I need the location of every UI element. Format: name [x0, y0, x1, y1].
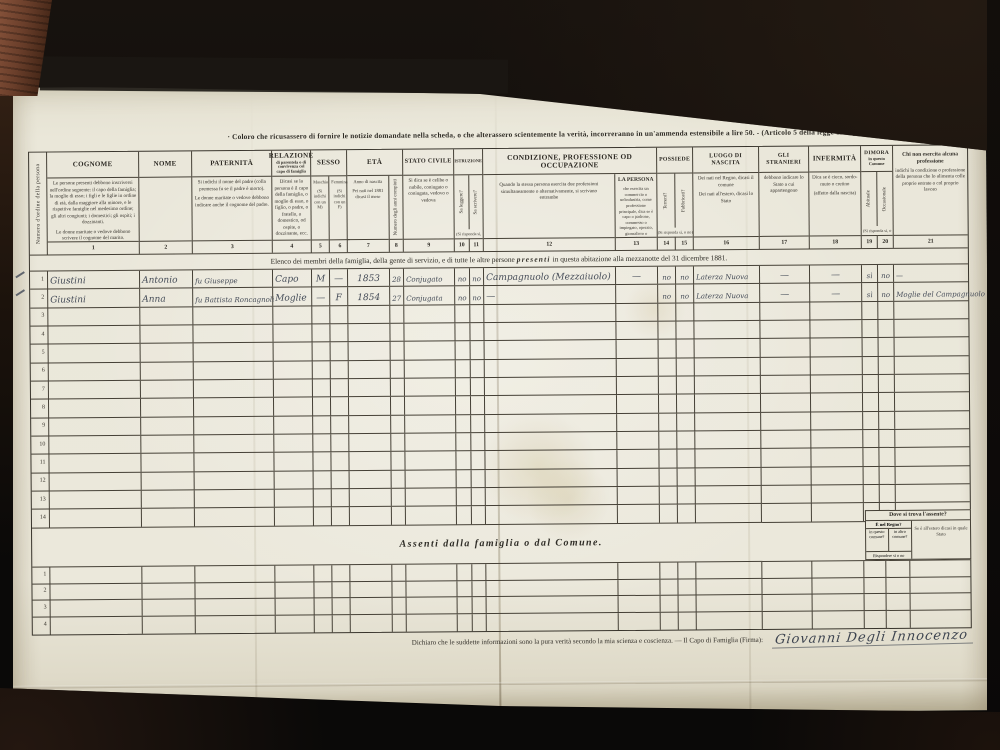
cell-anni-compiuti [391, 379, 405, 396]
cell-anno-nascita [349, 416, 391, 434]
cell-terreni [660, 468, 678, 485]
cell-nome [141, 344, 194, 362]
cell-dove-estero [910, 560, 970, 576]
cell-anno-nascita [348, 306, 390, 324]
cell-la-persona [618, 505, 660, 523]
cell-maschio [313, 416, 331, 433]
cell-sa-scrivere [473, 614, 487, 631]
cell-la-persona [619, 596, 661, 612]
dimora-title: DIMORAin questo Comune [861, 146, 892, 172]
col-maschio: Maschio(Si indichi con un M) 5 [311, 176, 330, 252]
cell-sa-leggere [457, 581, 472, 597]
cell-abituale [862, 302, 878, 319]
istruzione-note: (Si risponda sì, o no) [455, 229, 483, 238]
cell-infermita [813, 611, 865, 628]
cell-fabbricati [676, 303, 694, 320]
eta-title: ETÀ [347, 150, 402, 176]
cell-infermita [812, 504, 864, 522]
cell-stato-civile [406, 564, 457, 580]
cell-la-persona [617, 450, 659, 468]
cell-stranieri [761, 449, 811, 467]
cell-nome: Anna [140, 289, 193, 307]
cognome-num: 1 [48, 241, 139, 255]
cell-terreni [659, 340, 677, 357]
cell-chi-non-esercita [895, 393, 969, 411]
cell-stranieri [761, 339, 811, 357]
cell-sa-leggere [456, 378, 471, 395]
cell-anno-nascita [350, 489, 392, 507]
col-due-professioni: Quando la stessa persona esercita due pr… [483, 174, 616, 251]
cell-luogo-nascita: Laterza Nuova [694, 284, 760, 302]
cell-numero: 1 [32, 567, 50, 583]
cell-femmina [331, 453, 349, 470]
cell-anni-compiuti [391, 434, 405, 451]
cell-paternita [195, 490, 275, 508]
cell-terreni [660, 562, 678, 578]
cell-anno-nascita [349, 452, 391, 470]
cell-paternita [193, 325, 273, 343]
declaration-text: Dichiaro che le suddette informazioni so… [412, 636, 763, 647]
cell-chi-non-esercita [895, 448, 969, 466]
cell-femmina [330, 324, 348, 341]
cell-infermita [811, 394, 863, 412]
cell-cognome [50, 567, 142, 583]
cell-la-persona [616, 322, 658, 340]
cell-stranieri [762, 467, 812, 485]
cell-condizione [485, 414, 617, 432]
cell-paternita [195, 566, 275, 582]
cell-infermita: — [810, 265, 862, 283]
cell-condizione [485, 432, 617, 450]
col-paternita: PATERNITÀ Si indichi il nome del padre (… [192, 151, 273, 254]
cell-femmina [331, 416, 349, 433]
cell-maschio: M [312, 269, 330, 286]
cell-dove-altro-comune [887, 594, 911, 610]
cell-dove-estero [911, 594, 971, 610]
census-sheet: · Coloro che ricusassero di fornire le n… [8, 80, 991, 718]
cell-abituale [863, 375, 879, 392]
col-group-istruzione: ISTRUZIONE Sa leggere? Sa scrivere? (Si … [454, 149, 484, 251]
cell-numero: 1 [30, 272, 48, 289]
cell-la-persona [618, 563, 660, 579]
cell-chi-non-esercita [896, 466, 970, 484]
cell-stato-civile [405, 342, 456, 360]
cell-la-persona [616, 303, 658, 321]
cell-relazione [273, 324, 312, 342]
cell-femmina [333, 615, 351, 632]
cell-terreni [660, 579, 678, 595]
relazione-title: RELAZIONEdi parentela o di convivenza co… [272, 150, 310, 176]
cell-chi-non-esercita: — [894, 264, 968, 282]
cell-numero: 14 [32, 510, 50, 527]
cell-stranieri [760, 321, 810, 339]
cell-sa-scrivere [471, 360, 485, 377]
cell-anni-compiuti: 28 [390, 269, 404, 286]
paternita-num: 3 [193, 240, 272, 254]
cell-condizione: Campagnuolo (Mezzaiuolo) [484, 267, 616, 285]
cell-femmina [332, 582, 350, 598]
col-group-possiede: POSSIEDE Terreni? Fabbricati? (Si rispon… [657, 147, 694, 249]
cell-luogo-nascita [695, 449, 761, 467]
cell-anni-compiuti [391, 360, 405, 377]
cell-anni-compiuti: 27 [390, 287, 404, 304]
col-group-dimora: DIMORAin questo Comune Abituale Occasion… [861, 146, 894, 248]
cell-sa-scrivere [471, 397, 485, 414]
cell-fabbricati [678, 505, 696, 522]
col-group-sesso: SESSO Maschio(Si indichi con un M) 5 Fem… [311, 150, 348, 252]
cell-relazione [275, 508, 314, 526]
cell-nome [141, 399, 194, 417]
cell-anni-compiuti [393, 598, 407, 614]
cell-paternita: fu Battista Roncagnoli [193, 288, 273, 306]
cell-cognome: Giustini [48, 271, 140, 289]
cell-stranieri [762, 486, 812, 504]
luogo-num: 16 [694, 236, 759, 250]
cell-fabbricati [679, 613, 697, 630]
cell-infermita [811, 412, 863, 430]
cell-chi-non-esercita [895, 411, 969, 429]
cell-stranieri [762, 578, 812, 594]
cell-stato-civile [406, 507, 457, 525]
cognome-desc: Le persone presenti debbono inscriversi … [47, 178, 138, 242]
cell-infermita [811, 449, 863, 467]
cell-terreni [659, 432, 677, 449]
col-la-persona: LA PERSONAche esercita un commercio o un… [615, 174, 657, 250]
cell-terreni [660, 505, 678, 522]
infermita-title: INFERMITÀ [809, 146, 860, 172]
cell-dove-questo-comune [864, 578, 886, 594]
cell-anni-compiuti [392, 507, 406, 524]
cell-sa-scrivere [470, 323, 484, 340]
stranieri-title: GLI STRANIERI [759, 147, 808, 173]
cell-infermita [813, 594, 865, 610]
cell-sa-scrivere [472, 564, 486, 580]
cell-relazione [275, 490, 314, 508]
cell-anno-nascita [349, 397, 391, 415]
col-occasionale: Occasionale [877, 172, 892, 226]
cell-numero: 4 [33, 618, 51, 635]
paternita-title: PATERNITÀ [192, 151, 271, 178]
cell-anni-compiuti [393, 615, 407, 632]
cell-fabbricati [679, 596, 697, 612]
stato-num: 9 [404, 238, 454, 251]
cell-relazione [275, 565, 314, 581]
cell-stato-civile [406, 470, 457, 488]
cell-occasionale [879, 357, 895, 374]
assenti-rows: 1 [32, 560, 970, 634]
cell-nome [140, 307, 193, 325]
cell-sa-leggere [455, 305, 470, 322]
cell-fabbricati [677, 340, 695, 357]
paper-crease-bottom [12, 678, 990, 689]
cell-stato-civile [405, 452, 456, 470]
cell-fabbricati [677, 450, 695, 467]
cell-maschio: — [312, 288, 330, 305]
table-header: Numero d'ordine della persona COGNOME Le… [29, 145, 968, 255]
cell-terreni [659, 413, 677, 430]
cell-condizione [487, 596, 619, 613]
cell-luogo-nascita [696, 578, 762, 594]
cell-sa-leggere [456, 415, 471, 432]
cell-cognome [49, 399, 141, 417]
cell-dove-altro-comune [886, 577, 910, 593]
cell-sa-scrivere [471, 341, 485, 358]
cell-infermita [810, 320, 862, 338]
cell-terreni: no [658, 285, 676, 302]
cell-paternita: fu Giuseppe [193, 270, 273, 288]
cell-luogo-nascita [696, 504, 762, 522]
cell-relazione [274, 435, 313, 453]
cell-relazione [276, 599, 315, 615]
cell-anni-compiuti [392, 565, 406, 581]
cell-stato-civile: Conjugata [404, 287, 455, 305]
cell-fabbricati [678, 562, 696, 578]
cell-maschio [313, 343, 331, 360]
cell-luogo-nascita: Laterza Nuova [694, 266, 760, 284]
cell-paternita [196, 616, 276, 633]
cell-chi-non-esercita [896, 484, 970, 502]
cell-maschio [313, 379, 331, 396]
cell-la-persona [617, 340, 659, 358]
cell-cognome [48, 308, 140, 326]
cell-abituale [863, 412, 879, 429]
cell-sa-leggere [457, 564, 472, 580]
cell-sa-scrivere [473, 597, 487, 613]
cell-sa-scrivere [472, 470, 486, 487]
cell-numero: 6 [31, 363, 49, 380]
col-stranieri: GLI STRANIERI debbono indicare lo Stato … [759, 147, 810, 249]
col-relazione: RELAZIONEdi parentela o di convivenza co… [272, 150, 312, 252]
cell-sa-leggere [457, 470, 472, 487]
cell-maschio [313, 361, 331, 378]
cell-anno-nascita [349, 434, 391, 452]
cell-la-persona [617, 432, 659, 450]
cell-maschio [314, 565, 332, 581]
cell-dove-estero [910, 577, 970, 593]
cell-nome [141, 454, 194, 472]
cell-nome [141, 435, 194, 453]
cell-nome: Antonio [140, 270, 193, 288]
cell-condizione [486, 563, 618, 580]
cell-terreni [659, 395, 677, 412]
cell-stato-civile [406, 488, 457, 506]
cell-cognome [50, 509, 142, 527]
stranieri-desc: debbono indicare lo Stato a cui apparten… [759, 173, 808, 236]
cell-stranieri [761, 431, 811, 449]
margin-stroke-2 [16, 289, 25, 296]
cell-stranieri [761, 357, 811, 375]
cell-anno-nascita [351, 615, 393, 632]
assenti-band: Assenti dalla famiglia o dal Comune. Dov… [32, 521, 970, 567]
cell-fabbricati [676, 321, 694, 338]
nome-desc [139, 177, 191, 240]
cell-sa-scrivere [472, 488, 486, 505]
cell-femmina [331, 398, 349, 415]
cell-relazione [274, 380, 313, 398]
cell-paternita [193, 306, 273, 324]
stato-desc: Si dica se è celibe o nubile, coniugato … [403, 175, 453, 238]
cell-femmina [332, 565, 350, 581]
cell-dove-questo-comune [865, 611, 887, 628]
cell-stato-civile [404, 305, 455, 323]
cell-sa-scrivere [471, 452, 485, 469]
cell-stato-civile [405, 360, 456, 378]
cell-cognome [49, 436, 141, 454]
col-luogo-nascita: LUOGO DI NASCITA Dei nati nel Regno, dic… [693, 147, 760, 250]
cell-chi-non-esercita [895, 429, 969, 447]
cell-infermita [811, 357, 863, 375]
col-numero-persona: Numero d'ordine della persona [29, 153, 48, 255]
cell-femmina [331, 361, 349, 378]
cell-condizione [486, 506, 618, 524]
cell-occasionale [879, 430, 895, 447]
cell-cognome [49, 454, 141, 472]
cell-sa-leggere [458, 614, 473, 631]
cell-anno-nascita [351, 598, 393, 614]
cell-cognome [51, 600, 143, 616]
dimora-note: (Si risponda sì, o no) [862, 226, 893, 235]
cell-paternita [194, 435, 274, 453]
cell-nome [141, 362, 194, 380]
cell-relazione [274, 398, 313, 416]
cell-femmina [332, 508, 350, 525]
col-abituale: Abituale [861, 172, 877, 226]
cell-abituale [863, 430, 879, 447]
cell-occasionale [880, 467, 896, 484]
cell-paternita [194, 398, 274, 416]
cell-nome [141, 380, 194, 398]
cell-chi-non-esercita [895, 356, 969, 374]
cell-relazione [274, 343, 313, 361]
cell-anno-nascita [349, 361, 391, 379]
census-table: Numero d'ordine della persona COGNOME Le… [28, 144, 972, 635]
cell-condizione [484, 322, 616, 340]
cell-la-persona [619, 613, 661, 630]
cell-occasionale [879, 338, 895, 355]
cell-relazione [274, 453, 313, 471]
cell-sa-leggere [457, 507, 472, 524]
cell-stato-civile [406, 581, 457, 597]
cell-chi-non-esercita [895, 338, 969, 356]
cell-cognome [49, 344, 141, 362]
istruzione-title: ISTRUZIONE [454, 149, 482, 175]
cell-luogo-nascita [695, 358, 761, 376]
cell-la-persona [618, 579, 660, 595]
cell-luogo-nascita [696, 486, 762, 504]
cell-numero: 10 [31, 437, 49, 454]
infermita-num: 18 [810, 235, 861, 248]
cell-paternita [194, 417, 274, 435]
cell-dove-altro-comune [887, 611, 911, 628]
cell-cognome [50, 583, 142, 599]
cell-anni-compiuti [392, 489, 406, 506]
cell-stranieri: — [760, 284, 810, 302]
cell-fabbricati [678, 468, 696, 485]
cell-relazione: Capo [273, 269, 312, 287]
cell-numero: 4 [30, 327, 48, 344]
cell-numero: 5 [31, 345, 49, 362]
cell-abituale [864, 485, 880, 502]
cell-sa-scrivere [471, 433, 485, 450]
cell-sa-leggere [456, 397, 471, 414]
dove-altro-comune: in altro comune? [889, 529, 912, 551]
cell-dove-estero [911, 610, 971, 627]
cell-infermita [811, 339, 863, 357]
cell-cognome [51, 617, 143, 634]
cell-anno-nascita [349, 342, 391, 360]
cell-sa-leggere [455, 323, 470, 340]
cell-abituale [863, 357, 879, 374]
cell-femmina [330, 306, 348, 323]
cell-cognome [48, 326, 140, 344]
cell-anno-nascita [349, 379, 391, 397]
cell-terreni: no [658, 267, 676, 284]
dove-regno-group: È nel Regno? in questo comune? in altro … [866, 521, 912, 559]
cell-terreni [660, 487, 678, 504]
cognome-title: COGNOME [47, 152, 138, 179]
cell-infermita [810, 302, 862, 320]
dove-estero: Se è all'estero dicasi in quale Stato [912, 520, 970, 558]
cell-occasionale: no [878, 265, 894, 282]
cell-stranieri [761, 394, 811, 412]
cell-anno-nascita: 1853 [348, 269, 390, 287]
cell-abituale [862, 320, 878, 337]
cell-maschio [313, 398, 331, 415]
luogo-title: LUOGO DI NASCITA [693, 147, 758, 174]
cell-infermita [811, 375, 863, 393]
cell-maschio [313, 453, 331, 470]
cell-stato-civile [404, 323, 455, 341]
cell-stato-civile [405, 415, 456, 433]
cell-relazione [274, 416, 313, 434]
cell-maschio [312, 324, 330, 341]
cell-numero: 11 [31, 455, 49, 472]
condizione-title: CONDIZIONE, PROFESSIONE OD OCCUPAZIONE [483, 148, 656, 175]
cell-cognome [50, 491, 142, 509]
cell-nome [142, 509, 195, 527]
cell-fabbricati: no [676, 285, 694, 302]
cell-condizione [486, 469, 618, 487]
cell-numero: 2 [30, 290, 48, 307]
cell-terreni [659, 377, 677, 394]
cell-condizione [485, 340, 617, 358]
cell-paternita [195, 582, 275, 598]
head-of-family-signature: Giovanni Degli Innocenzo [772, 627, 975, 648]
dove-nota: Rispondere sì o no [866, 551, 911, 559]
cell-anno-nascita [348, 324, 390, 342]
cell-femmina [332, 489, 350, 506]
cell-la-persona [617, 395, 659, 413]
cell-paternita [195, 508, 275, 526]
cell-condizione: — [484, 285, 616, 303]
cell-fabbricati: no [676, 266, 694, 283]
cell-condizione [485, 377, 617, 395]
cell-stranieri [763, 612, 813, 629]
chi-num: 21 [894, 234, 968, 248]
cell-terreni [658, 303, 676, 320]
cell-stranieri [760, 302, 810, 320]
cell-condizione [485, 395, 617, 413]
cell-luogo-nascita [694, 321, 760, 339]
cell-occasionale [879, 448, 895, 465]
cell-anni-compiuti [391, 415, 405, 432]
cell-condizione [484, 304, 616, 322]
relazione-num: 4 [273, 239, 311, 252]
cell-relazione [275, 471, 314, 489]
cell-dove-questo-comune [865, 594, 887, 610]
cell-sa-scrivere [472, 507, 486, 524]
cell-stranieri: — [760, 266, 810, 284]
